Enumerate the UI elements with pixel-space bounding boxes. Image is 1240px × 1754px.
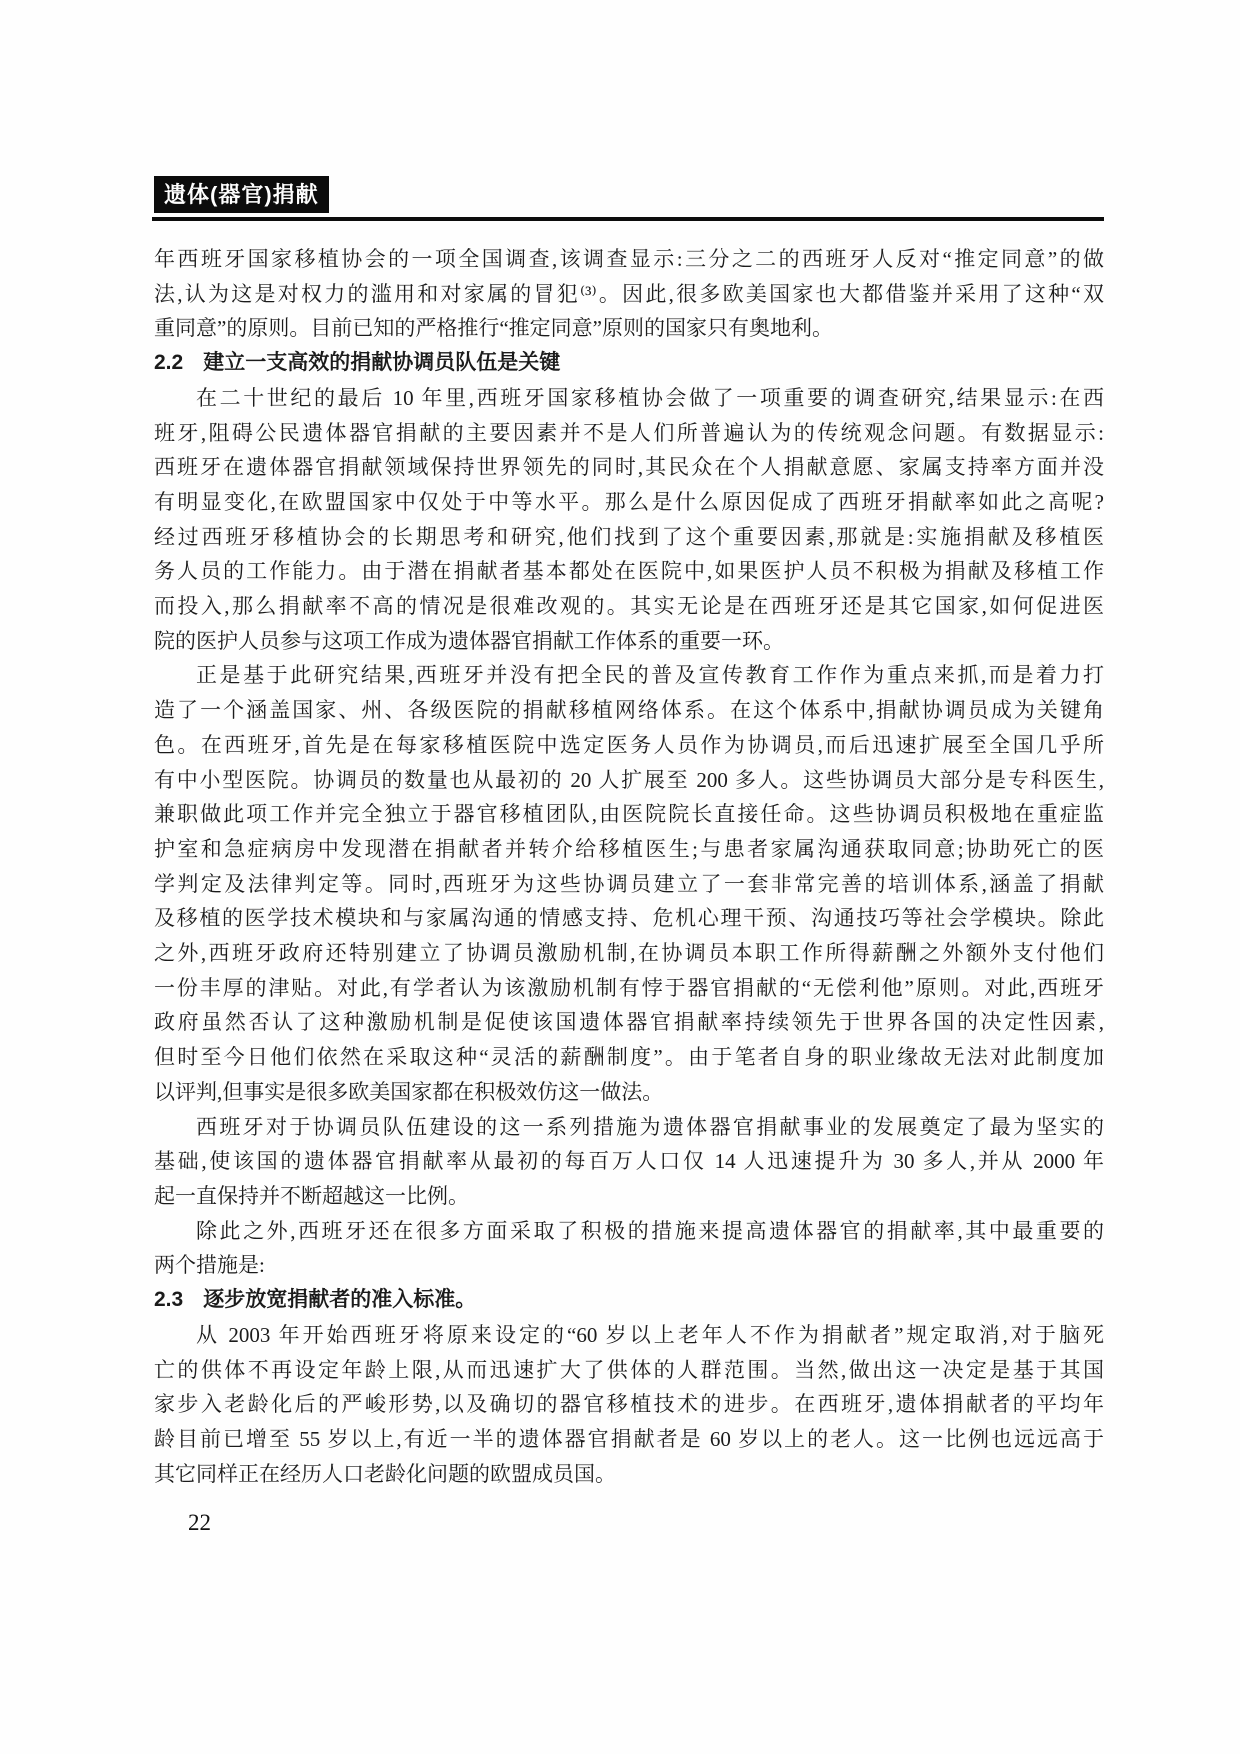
text-line: 班牙,阻碍公民遗体器官捐献的主要因素并不是人们所普遍认为的传统观念问题。有数据显… bbox=[154, 416, 1104, 451]
text-line: 而投入,那么捐献率不高的情况是很难改观的。其实无论是在西班牙还是其它国家,如何促… bbox=[154, 589, 1104, 624]
text-line: 在二十世纪的最后 10 年里,西班牙国家移植协会做了一项重要的调查研究,结果显示… bbox=[154, 381, 1104, 416]
text-line: 兼职做此项工作并完全独立于器官移植团队,由医院院长直接任命。这些协调员积极地在重… bbox=[154, 797, 1104, 832]
text-line: 重同意”的原则。目前已知的严格推行“推定同意”原则的国家只有奥地利。 bbox=[154, 311, 1104, 346]
text-line: 经过西班牙移植协会的长期思考和研究,他们找到了这个重要因素,那就是:实施捐献及移… bbox=[154, 520, 1104, 555]
text-line: 造了一个涵盖国家、州、各级医院的捐献移植网络体系。在这个体系中,捐献协调员成为关… bbox=[154, 693, 1104, 728]
text-line: 龄目前已增至 55 岁以上,有近一半的遗体器官捐献者是 60 岁以上的老人。这一… bbox=[154, 1422, 1104, 1457]
text-line: 有明显变化,在欧盟国家中仅处于中等水平。那么是什么原因促成了西班牙捐献率如此之高… bbox=[154, 485, 1104, 520]
text-line: 法,认为这是对权力的滥用和对家属的冒犯⁽³⁾。因此,很多欧美国家也大都借鉴并采用… bbox=[154, 277, 1104, 312]
section-title: 建立一支高效的捐献协调员队伍是关键 bbox=[203, 351, 560, 374]
text-line: 及移植的医学技术模块和与家属沟通的情感支持、危机心理干预、沟通技巧等社会学模块。… bbox=[154, 901, 1104, 936]
text-line: 一份丰厚的津贴。对此,有学者认为该激励机制有悖于器官捐献的“无偿利他”原则。对此… bbox=[154, 971, 1104, 1006]
text-line: 有中小型医院。协调员的数量也从最初的 20 人扩展至 200 多人。这些协调员大… bbox=[154, 763, 1104, 798]
text-line: 除此之外,西班牙还在很多方面采取了积极的措施来提高遗体器官的捐献率,其中最重要的 bbox=[154, 1214, 1104, 1249]
text-line: 其它同样正在经历人口老龄化问题的欧盟成员国。 bbox=[154, 1457, 1104, 1492]
text-line: 基础,使该国的遗体器官捐献率从最初的每百万人口仅 14 人迅速提升为 30 多人… bbox=[154, 1144, 1104, 1179]
section-badge: 遗体(器官)捐献 bbox=[154, 176, 329, 213]
text-line: 正是基于此研究结果,西班牙并没有把全民的普及宣传教育工作作为重点来抓,而是着力打 bbox=[154, 658, 1104, 693]
text-line: 年西班牙国家移植协会的一项全国调查,该调查显示:三分之二的西班牙人反对“推定同意… bbox=[154, 242, 1104, 277]
section-number: 2.2 bbox=[154, 346, 183, 381]
text-line: 护室和急症病房中发现潜在捐献者并转介给移植医生;与患者家属沟通获取同意;协助死亡… bbox=[154, 832, 1104, 867]
section-number: 2.3 bbox=[154, 1283, 183, 1318]
text-line: 起一直保持并不断超越这一比例。 bbox=[154, 1179, 1104, 1214]
text-line: 政府虽然否认了这种激励机制是促使该国遗体器官捐献率持续领先于世界各国的决定性因素… bbox=[154, 1005, 1104, 1040]
text-line: 两个措施是: bbox=[154, 1248, 1104, 1283]
text-line: 学判定及法律判定等。同时,西班牙为这些协调员建立了一套非常完善的培训体系,涵盖了… bbox=[154, 867, 1104, 902]
page-number: 22 bbox=[188, 1510, 211, 1536]
text-line: 西班牙在遗体器官捐献领域保持世界领先的同时,其民众在个人捐献意愿、家属支持率方面… bbox=[154, 450, 1104, 485]
text-line: 亡的供体不再设定年龄上限,从而迅速扩大了供体的人群范围。当然,做出这一决定是基于… bbox=[154, 1353, 1104, 1388]
text-line: 务人员的工作能力。由于潜在捐献者基本都处在医院中,如果医护人员不积极为捐献及移植… bbox=[154, 554, 1104, 589]
text-line: 之外,西班牙政府还特别建立了协调员激励机制,在协调员本职工作所得薪酬之外额外支付… bbox=[154, 936, 1104, 971]
document-page: 遗体(器官)捐献 年西班牙国家移植协会的一项全国调查,该调查显示:三分之二的西班… bbox=[0, 0, 1240, 1754]
section-heading: 2.2建立一支高效的捐献协调员队伍是关键 bbox=[154, 346, 1104, 381]
text-line: 家步入老龄化后的严峻形势,以及确切的器官移植技术的进步。在西班牙,遗体捐献者的平… bbox=[154, 1387, 1104, 1422]
document-body: 年西班牙国家移植协会的一项全国调查,该调查显示:三分之二的西班牙人反对“推定同意… bbox=[154, 242, 1104, 1491]
section-title: 逐步放宽捐献者的准入标准。 bbox=[203, 1288, 476, 1311]
text-line: 以评判,但事实是很多欧美国家都在积极效仿这一做法。 bbox=[154, 1075, 1104, 1110]
text-line: 从 2003 年开始西班牙将原来设定的“60 岁以上老年人不作为捐献者”规定取消… bbox=[154, 1318, 1104, 1353]
section-heading: 2.3逐步放宽捐献者的准入标准。 bbox=[154, 1283, 1104, 1318]
text-line: 西班牙对于协调员队伍建设的这一系列措施为遗体器官捐献事业的发展奠定了最为坚实的 bbox=[154, 1110, 1104, 1145]
text-line: 院的医护人员参与这项工作成为遗体器官捐献工作体系的重要一环。 bbox=[154, 624, 1104, 659]
text-line: 但时至今日他们依然在采取这种“灵活的薪酬制度”。由于笔者自身的职业缘故无法对此制… bbox=[154, 1040, 1104, 1075]
header-rule bbox=[152, 217, 1104, 221]
text-line: 色。在西班牙,首先是在每家移植医院中选定医务人员作为协调员,而后迅速扩展至全国几… bbox=[154, 728, 1104, 763]
